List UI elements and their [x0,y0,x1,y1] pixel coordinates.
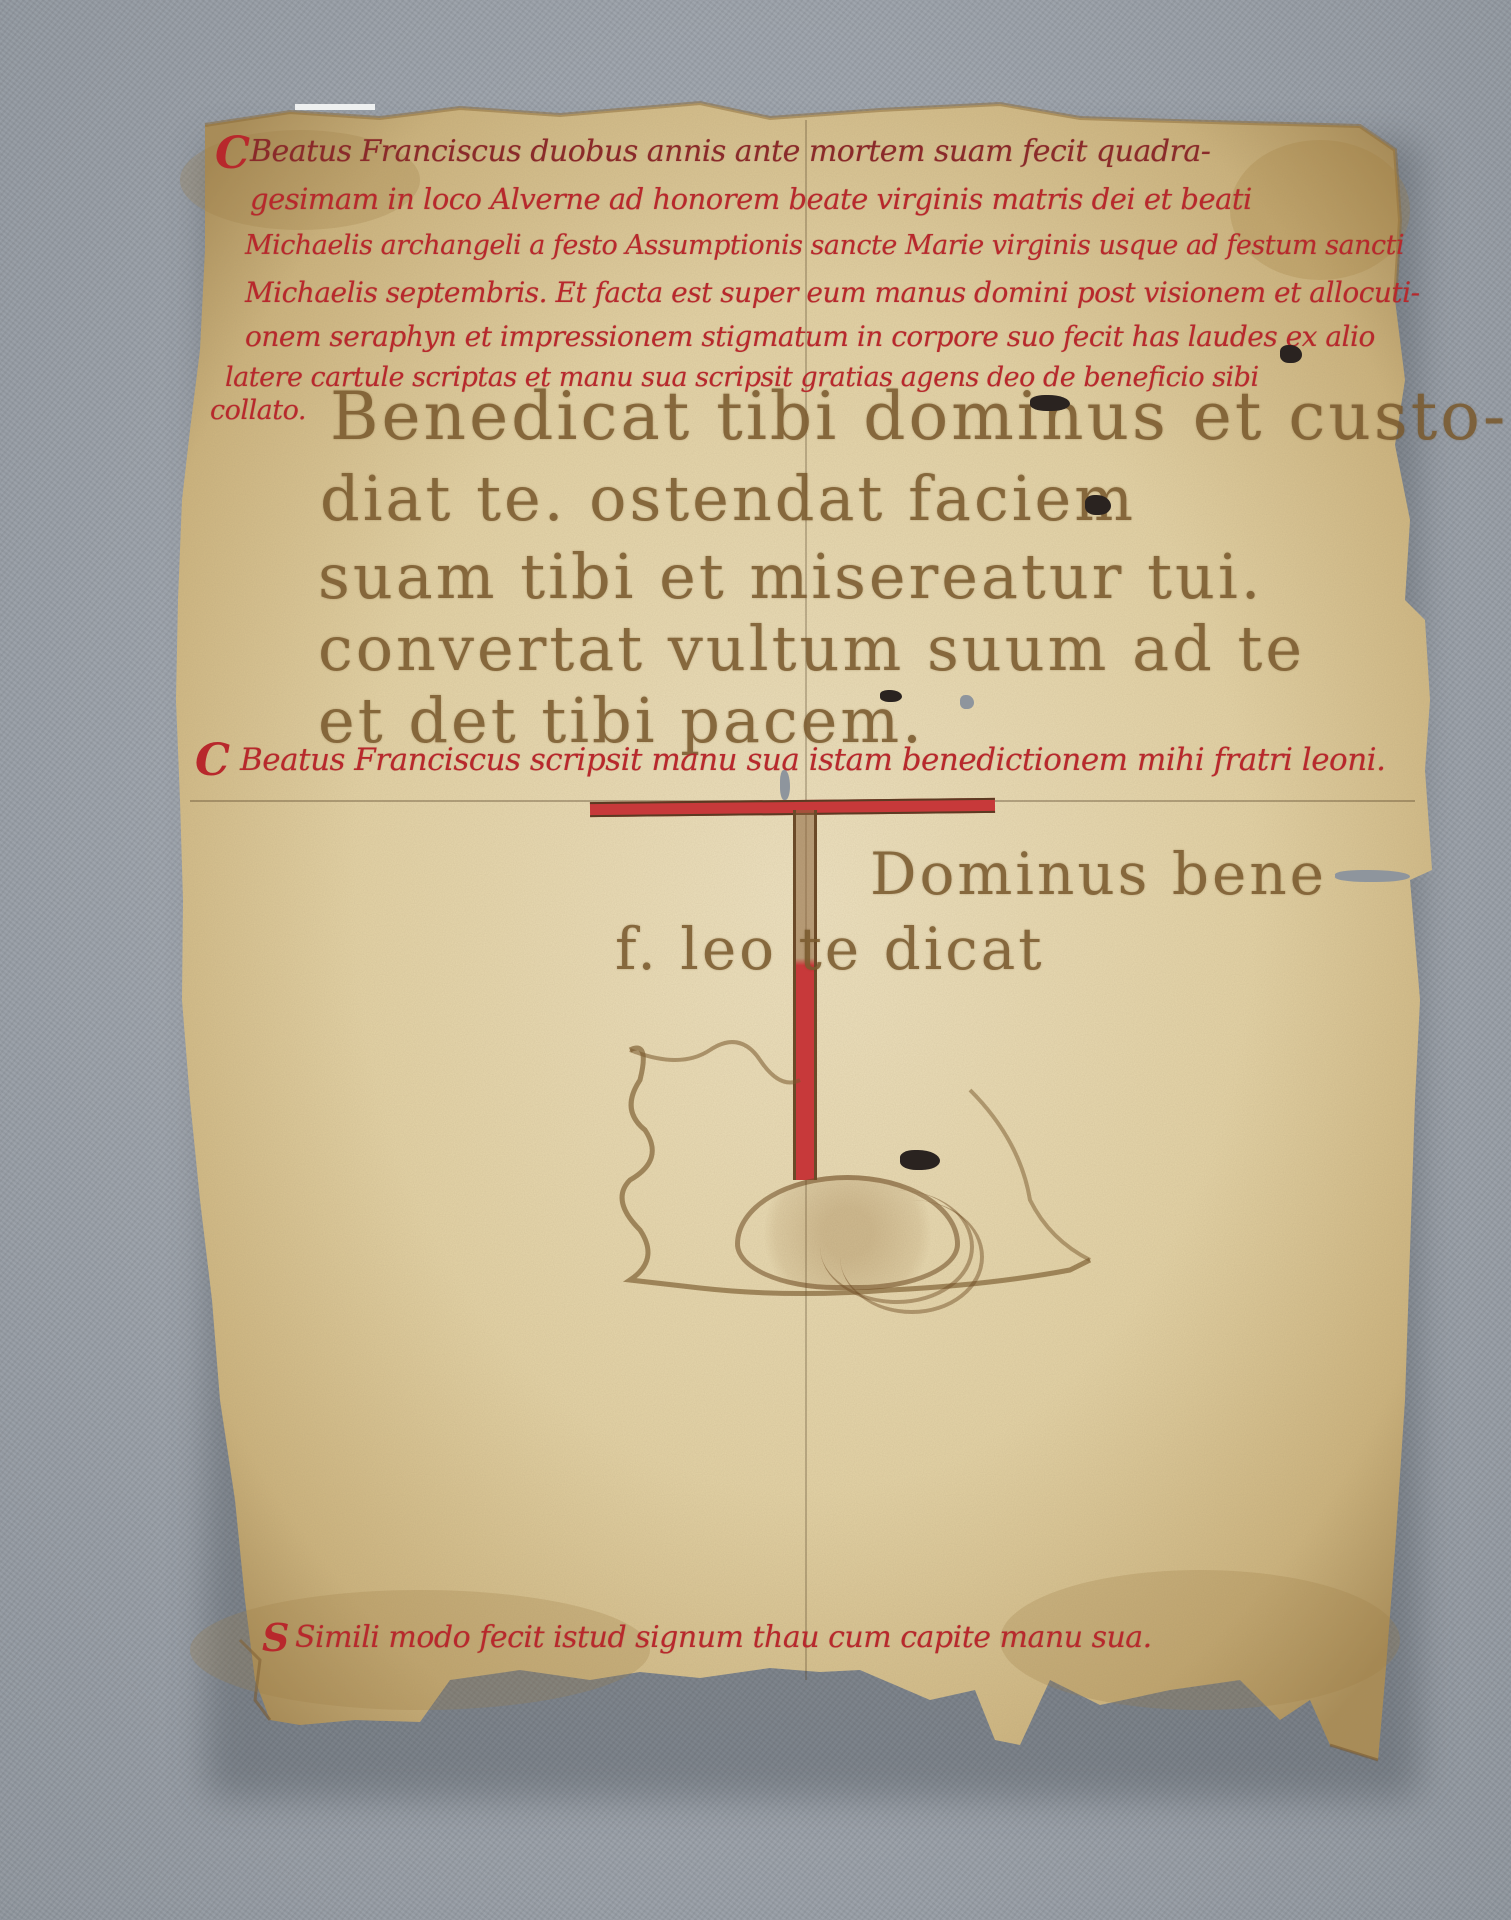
rubric-line-7: collato. [210,395,306,426]
tau-inscription-line-1: Dominus bene [870,840,1327,908]
damage-hole [960,695,974,709]
skull-arc-2 [840,1200,984,1314]
parchment-fragment: C Beatus Franciscus duobus annis ante mo… [0,0,1511,1920]
blessing-line-4: convertat vultum suum ad te [318,612,1305,685]
blessing-line-3: suam tibi et misereatur tui. [318,540,1264,613]
damage-hole [1030,395,1070,411]
mounting-tab [295,104,375,110]
blessing-line-2: diat te. ostendat faciem [320,462,1136,535]
rubric-bottom-initial: S [262,1615,289,1660]
damage-hole [1280,345,1302,363]
damage-hole [900,1150,940,1170]
damage-hole [1085,495,1111,515]
rubric-bottom: Simili modo fecit istud signum thau cum … [295,1620,1152,1655]
rubric-line-2: gesimam in loco Alverne ad honorem beate… [250,182,1252,216]
blessing-line-1: Benedicat tibi dominus et custo- [330,378,1508,455]
damage-hole [880,690,902,702]
rubric-middle-initial: C [195,735,230,786]
damage-hole [780,770,790,800]
rubric-initial: C [215,128,250,179]
rubric-line-5: onem seraphyn et impressionem stigmatum … [245,320,1375,353]
rubric-line-1: Beatus Franciscus duobus annis ante mort… [250,134,1210,169]
rubric-middle: Beatus Franciscus scripsit manu sua ista… [240,742,1385,778]
tau-inscription-line-2: f. leo te dicat [615,915,1045,983]
rubric-line-4: Michaelis septembris. Et facta est super… [245,276,1420,309]
damage-tear [1335,870,1410,882]
rubric-line-3: Michaelis archangeli a festo Assumptioni… [245,230,1404,261]
